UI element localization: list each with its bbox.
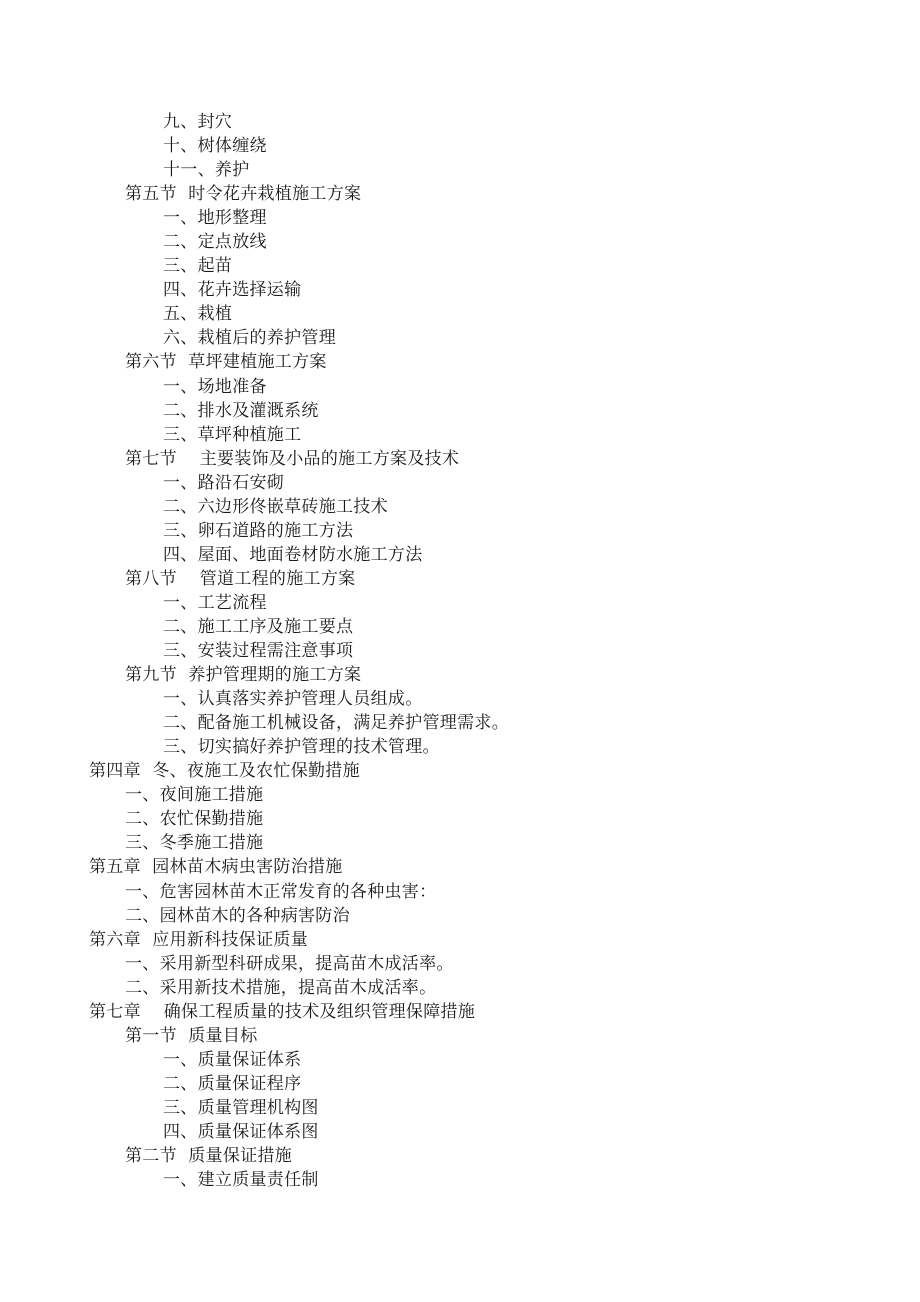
toc-subsection-entry: 一、地形整理 xyxy=(0,206,920,230)
toc-subsection-entry: 一、质量保证体系 xyxy=(0,1048,920,1072)
toc-subsection-entry: 九、封穴 xyxy=(0,110,920,134)
toc-section-entry: 二、园林苗木的各种病害防治 xyxy=(0,904,920,928)
toc-subsection-entry: 三、起苗 xyxy=(0,254,920,278)
toc-subsection-entry: 二、排水及灌溉系统 xyxy=(0,399,920,423)
toc-subsection-entry: 二、施工工序及施工要点 xyxy=(0,615,920,639)
toc-section-entry: 第一节 质量目标 xyxy=(0,1024,920,1048)
toc-subsection-entry: 十、树体缠绕 xyxy=(0,134,920,158)
toc-subsection-entry: 一、认真落实养护管理人员组成。 xyxy=(0,687,920,711)
toc-subsection-entry: 一、建立质量责任制 xyxy=(0,1168,920,1192)
toc-section-entry: 二、采用新技术措施，提高苗木成活率。 xyxy=(0,976,920,1000)
toc-subsection-entry: 三、卵石道路的施工方法 xyxy=(0,519,920,543)
toc-chapter-entry: 第四章 冬、夜施工及农忙保勤措施 xyxy=(0,759,920,783)
toc-section-entry: 第六节 草坪建植施工方案 xyxy=(0,350,920,374)
toc-chapter-entry: 第六章 应用新科技保证质量 xyxy=(0,928,920,952)
toc-section-entry: 一、夜间施工措施 xyxy=(0,783,920,807)
toc-section-entry: 二、农忙保勤措施 xyxy=(0,807,920,831)
toc-subsection-entry: 二、六边形佟嵌草砖施工技术 xyxy=(0,495,920,519)
toc-subsection-entry: 二、质量保证程序 xyxy=(0,1072,920,1096)
toc-section-entry: 第五节 时令花卉栽植施工方案 xyxy=(0,182,920,206)
toc-subsection-entry: 一、路沿石安砌 xyxy=(0,471,920,495)
toc-subsection-entry: 一、场地准备 xyxy=(0,375,920,399)
toc-section-entry: 第八节 管道工程的施工方案 xyxy=(0,567,920,591)
toc-chapter-entry: 第七章 确保工程质量的技术及组织管理保障措施 xyxy=(0,1000,920,1024)
toc-subsection-entry: 四、花卉选择运输 xyxy=(0,278,920,302)
toc-subsection-entry: 二、配备施工机械设备，满足养护管理需求。 xyxy=(0,711,920,735)
toc-subsection-entry: 二、定点放线 xyxy=(0,230,920,254)
toc-subsection-entry: 五、栽植 xyxy=(0,302,920,326)
toc-subsection-entry: 一、工艺流程 xyxy=(0,591,920,615)
toc-subsection-entry: 三、草坪种植施工 xyxy=(0,423,920,447)
toc-section-entry: 第七节 主要装饰及小品的施工方案及技术 xyxy=(0,447,920,471)
toc-subsection-entry: 三、质量管理机构图 xyxy=(0,1096,920,1120)
toc-section-entry: 第二节 质量保证措施 xyxy=(0,1144,920,1168)
toc-subsection-entry: 四、质量保证体系图 xyxy=(0,1120,920,1144)
toc-subsection-entry: 三、切实搞好养护管理的技术管理。 xyxy=(0,735,920,759)
table-of-contents: 九、封穴十、树体缠绕十一、养护第五节 时令花卉栽植施工方案一、地形整理二、定点放… xyxy=(0,110,920,1192)
toc-subsection-entry: 四、屋面、地面卷材防水施工方法 xyxy=(0,543,920,567)
toc-section-entry: 一、危害园林苗木正常发育的各种虫害： xyxy=(0,880,920,904)
toc-subsection-entry: 三、安装过程需注意事项 xyxy=(0,639,920,663)
toc-section-entry: 第九节 养护管理期的施工方案 xyxy=(0,663,920,687)
toc-chapter-entry: 第五章 园林苗木病虫害防治措施 xyxy=(0,855,920,879)
toc-section-entry: 三、冬季施工措施 xyxy=(0,831,920,855)
toc-section-entry: 一、采用新型科研成果，提高苗木成活率。 xyxy=(0,952,920,976)
toc-subsection-entry: 十一、养护 xyxy=(0,158,920,182)
toc-subsection-entry: 六、栽植后的养护管理 xyxy=(0,326,920,350)
